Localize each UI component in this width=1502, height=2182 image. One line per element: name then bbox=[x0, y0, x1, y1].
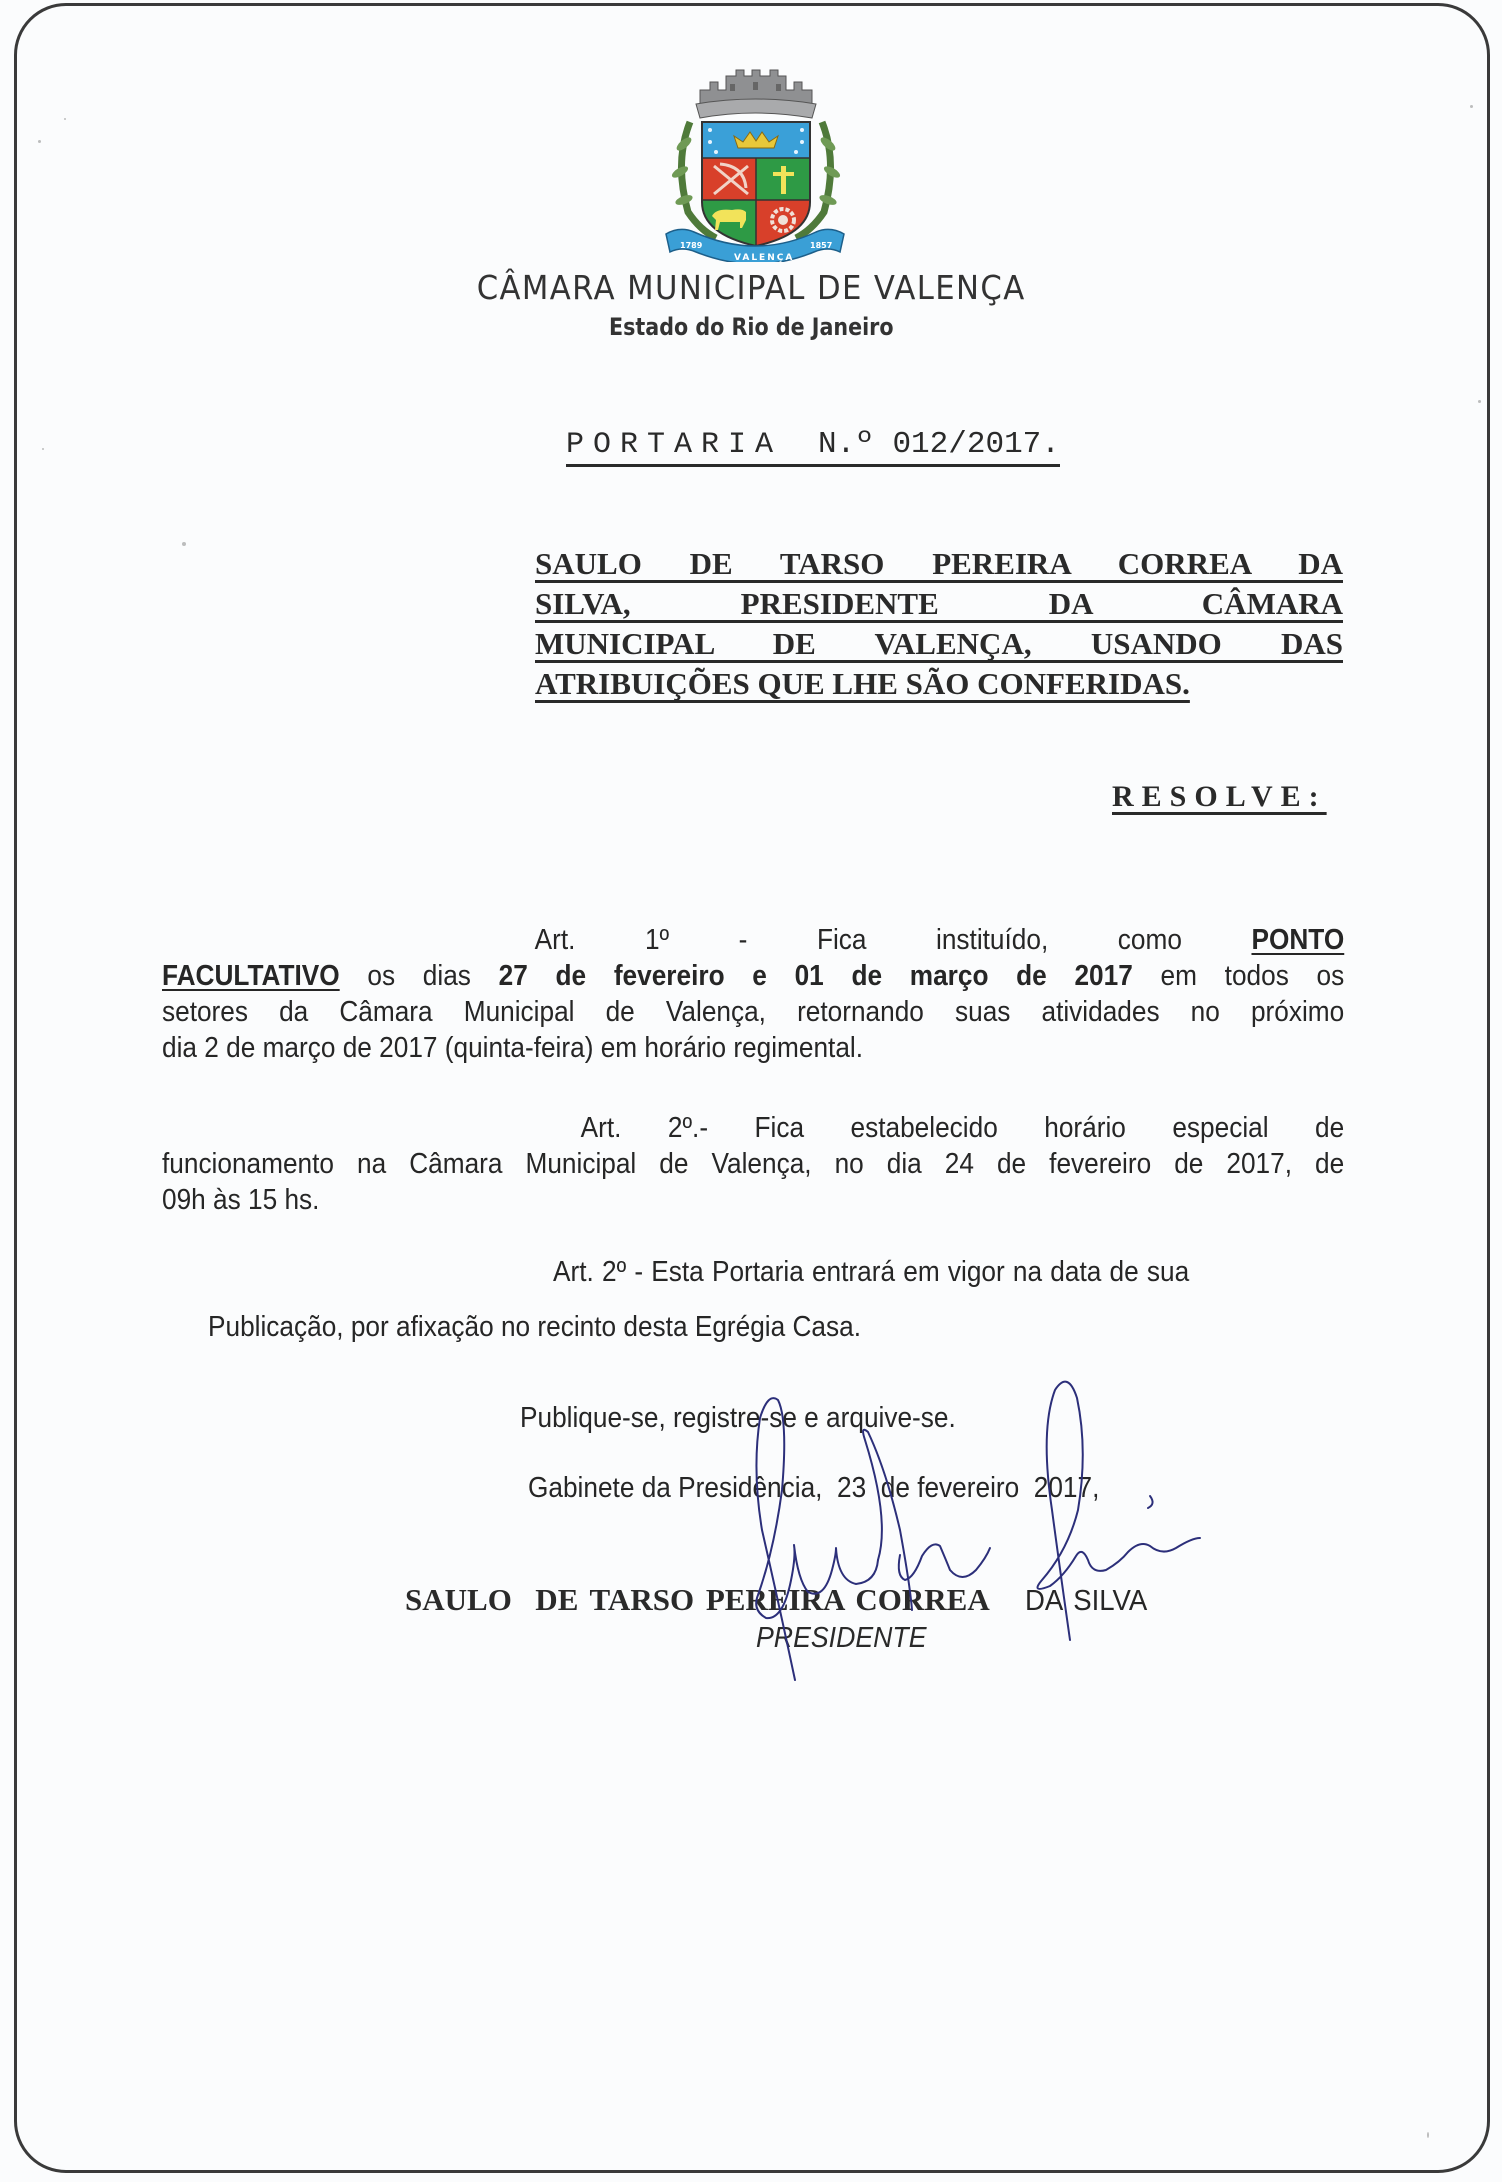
article-2-line-3: 09h às 15 hs. bbox=[162, 1182, 1344, 1218]
article-2: Art. 2º.- Fica estabelecido horário espe… bbox=[162, 1110, 1249, 1218]
article-3-line-1: Art. 2º - Esta Portaria entrará em vigor… bbox=[553, 1256, 1189, 1289]
article-2-line-2: funcionamento na Câmara Municipal de Val… bbox=[162, 1146, 1344, 1182]
signer-name-main: SAULO DE TARSO PEREIRA CORREA bbox=[405, 1582, 990, 1617]
document-title: PORTARIA N.º 012/2017. bbox=[566, 428, 1060, 467]
preamble-line: SILVA, PRESIDENTE DA CÂMARA bbox=[535, 584, 1343, 624]
article-1-line-1: Art. 1º - Fica instituído, como PONTO bbox=[162, 922, 1344, 958]
article-1-line-4: dia 2 de março de 2017 (quinta-feira) em… bbox=[162, 1030, 1344, 1066]
coat-of-arms-icon: 1789 VALENÇA 1857 bbox=[660, 62, 850, 262]
preamble-line: SAULO DE TARSO PEREIRA CORREA DA bbox=[535, 544, 1343, 584]
signer-name: SAULO DE TARSO PEREIRA CORREA DA SILVA bbox=[405, 1582, 1154, 1618]
preamble: SAULO DE TARSO PEREIRA CORREA DA SILVA, … bbox=[535, 544, 1343, 704]
article-1: Art. 1º - Fica instituído, como PONTO FA… bbox=[162, 922, 1249, 1066]
article-1-line-3: setores da Câmara Municipal de Valença, … bbox=[162, 994, 1344, 1030]
art-text: os dias bbox=[367, 960, 471, 992]
scan-speck bbox=[1427, 2132, 1429, 2138]
publish-order: Publique-se, registre-se e arquive-se. bbox=[520, 1402, 956, 1435]
crest-city-name: VALENÇA bbox=[734, 253, 794, 262]
title-word: PORTARIA bbox=[566, 428, 782, 462]
facultativo-emphasis: FACULTATIVO bbox=[162, 960, 340, 992]
place-date: Gabinete da Presidência, 23 de fevereiro… bbox=[528, 1472, 1099, 1505]
preamble-line: MUNICIPAL DE VALENÇA, USANDO DAS bbox=[535, 624, 1343, 664]
art-label: Art. bbox=[535, 924, 576, 956]
art-dash: - bbox=[739, 924, 748, 956]
scan-speck bbox=[182, 542, 186, 546]
art-text: Fica bbox=[817, 924, 867, 956]
dates-emphasis: 27 de fevereiro e 01 de março de 2017 bbox=[499, 960, 1133, 992]
signer-role: PRESIDENTE bbox=[756, 1622, 927, 1655]
art-text: em todos os bbox=[1161, 960, 1345, 992]
scan-speck bbox=[42, 448, 44, 450]
article-2-line-1: Art. 2º.- Fica estabelecido horário espe… bbox=[162, 1110, 1344, 1146]
resolve-heading: RESOLVE: bbox=[1112, 780, 1327, 814]
scan-speck bbox=[38, 140, 41, 143]
preamble-line: ATRIBUIÇÕES QUE LHE SÃO CONFERIDAS. bbox=[535, 664, 1190, 704]
art-text: como bbox=[1118, 924, 1182, 956]
institution-state: Estado do Rio de Janeiro bbox=[105, 313, 1397, 341]
title-number: N.º 012/2017. bbox=[818, 427, 1060, 462]
scan-speck bbox=[64, 118, 66, 120]
art-number: 1º bbox=[645, 924, 669, 956]
crest-year-right: 1857 bbox=[810, 241, 832, 250]
ponto-emphasis: PONTO bbox=[1251, 924, 1344, 956]
crest-year-left: 1789 bbox=[680, 241, 703, 250]
article-1-line-2: FACULTATIVO os dias 27 de fevereiro e 01… bbox=[162, 958, 1344, 994]
art-text: instituído, bbox=[936, 924, 1048, 956]
article-3-line-2: Publicação, por afixação no recinto dest… bbox=[208, 1311, 861, 1344]
institution-name: CÂMARA MUNICIPAL DE VALENÇA bbox=[53, 268, 1450, 307]
signer-name-tail: DA SILVA bbox=[1025, 1585, 1147, 1618]
scan-speck bbox=[1470, 105, 1473, 108]
scan-speck bbox=[1478, 400, 1481, 403]
